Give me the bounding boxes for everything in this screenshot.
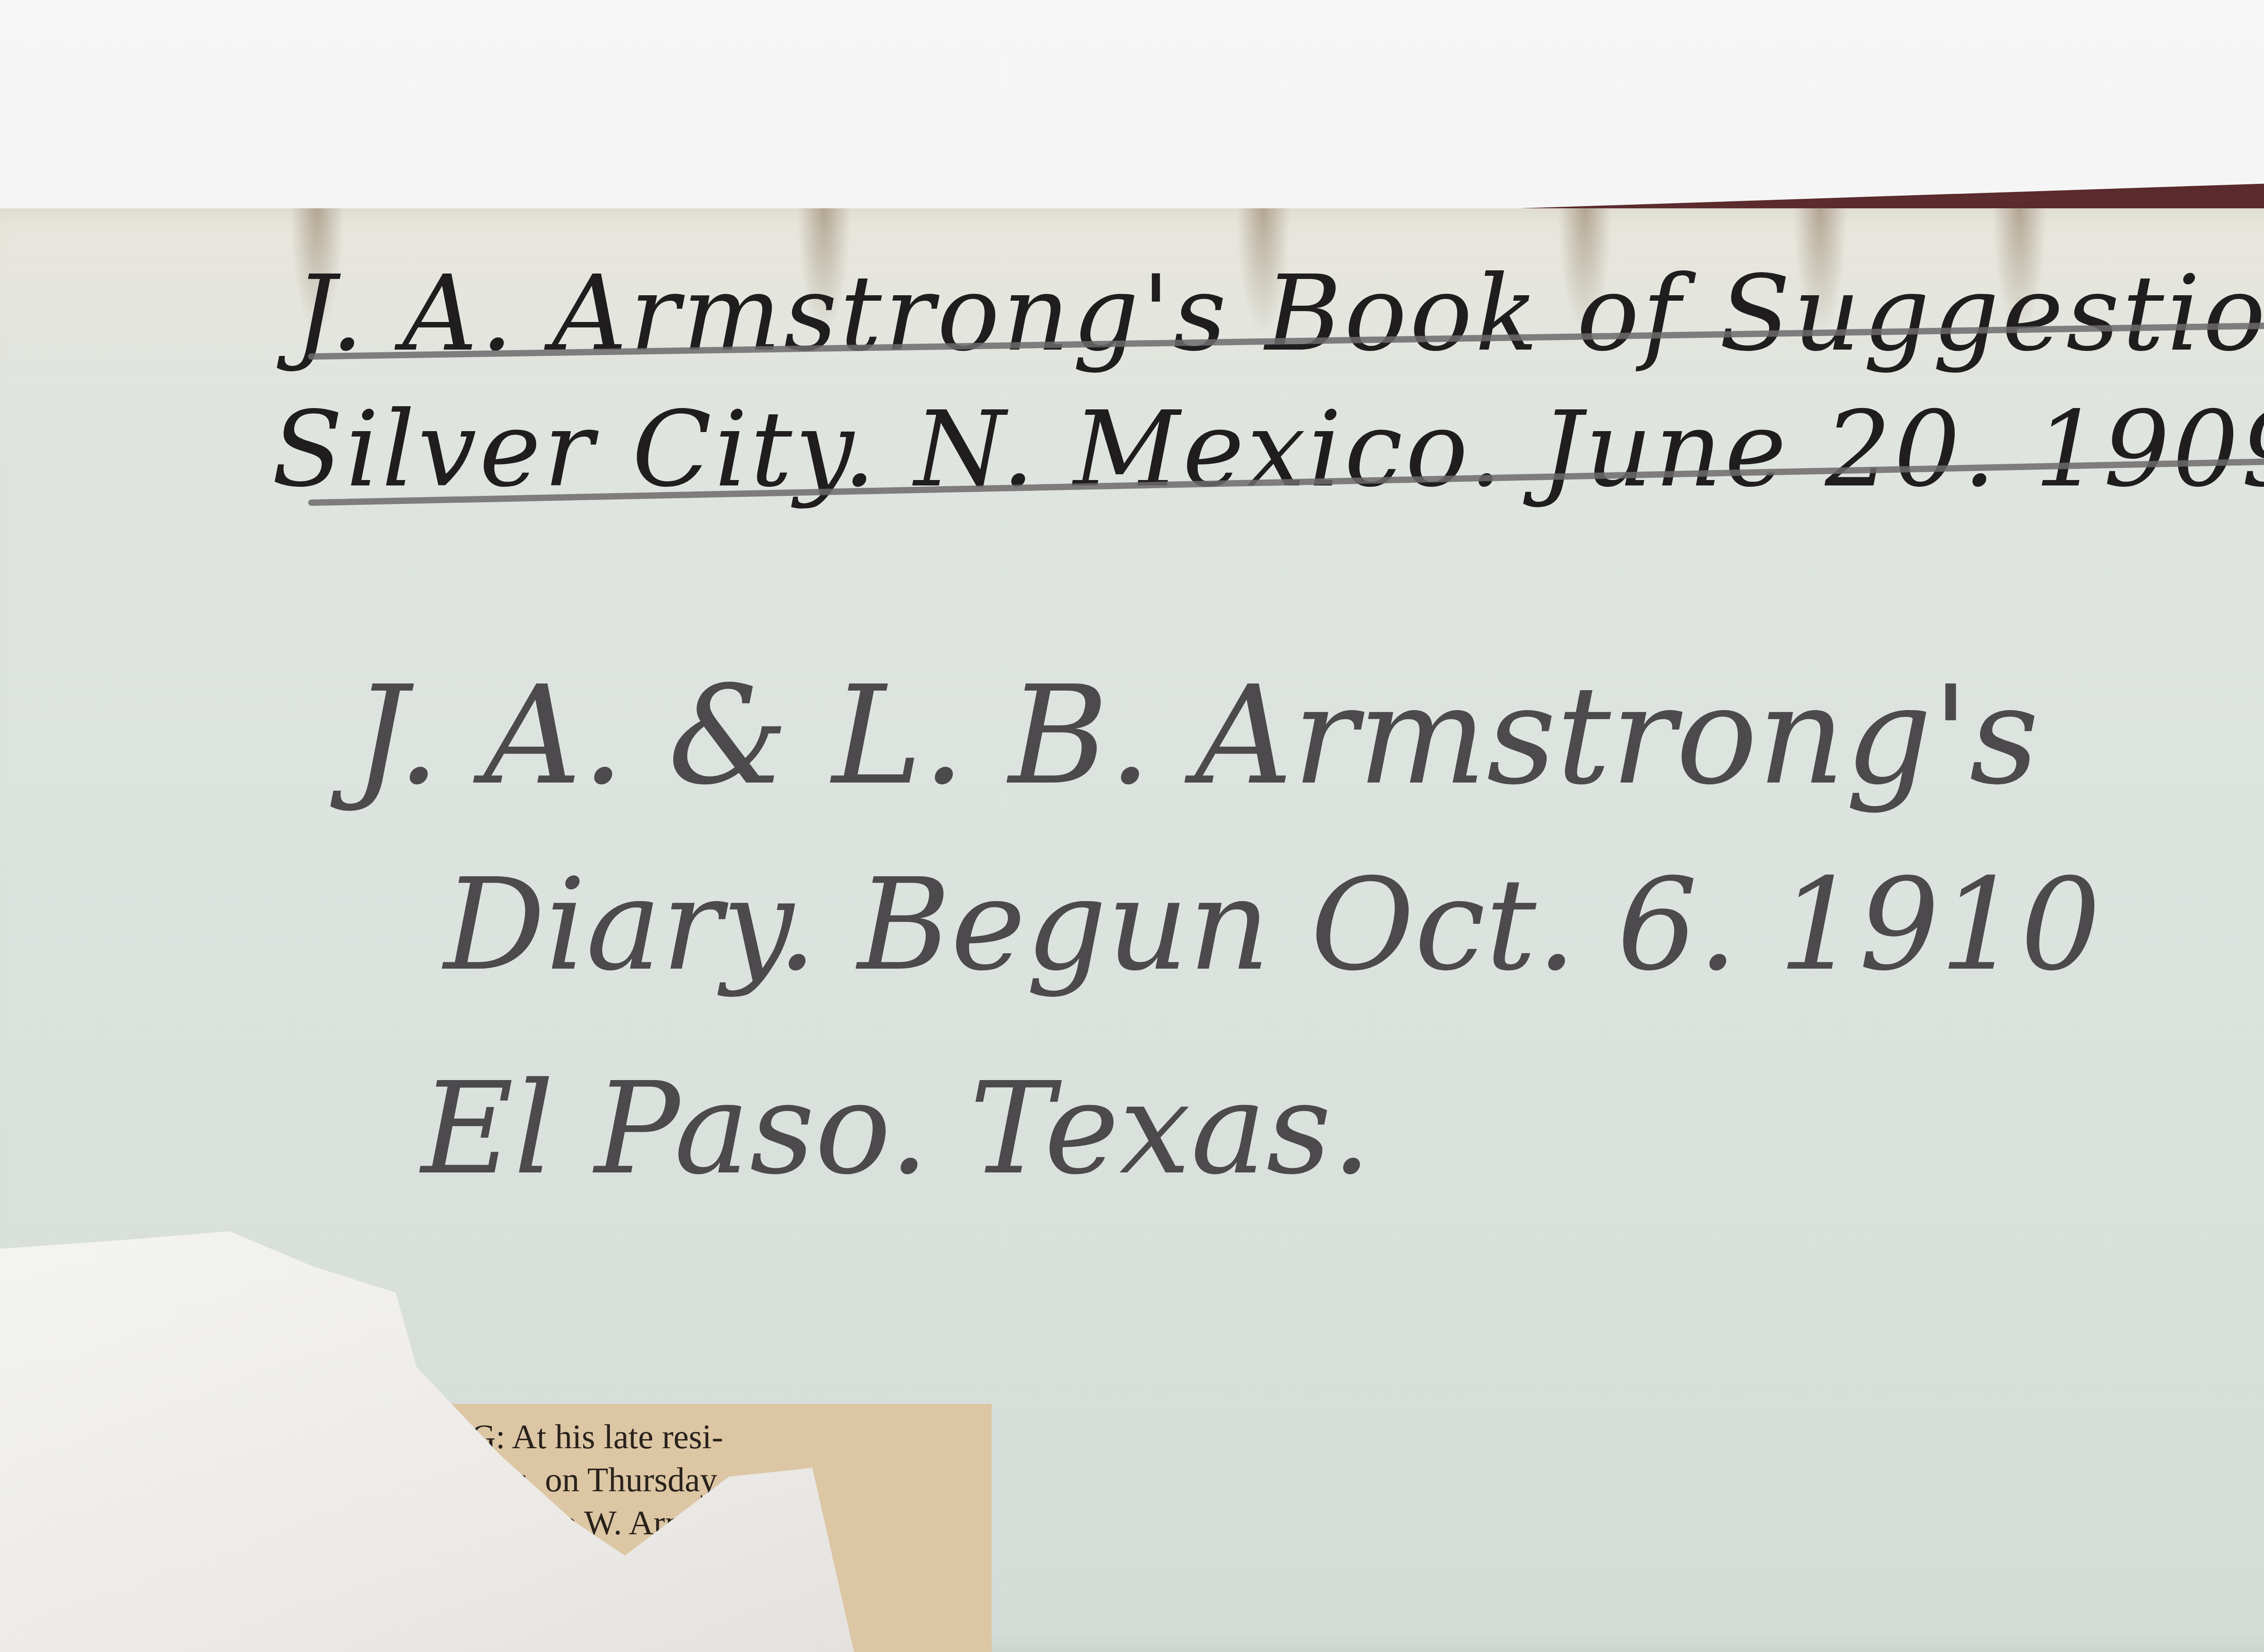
diary-title-line: J. A. & L. B. Armstrong's bbox=[353, 657, 2039, 815]
diary-date-line: Diary. Begun Oct. 6. 1910 bbox=[444, 851, 2101, 999]
photo-scene: J. A. Armstrong's Book of Suggestions Si… bbox=[0, 0, 2264, 1652]
struck-inscription-line-1: J. A. Armstrong's Book of Suggestions bbox=[294, 254, 2264, 375]
diary-location-line: El Paso. Texas. bbox=[421, 1055, 1372, 1203]
struck-inscription-line-2: Silver City. N. Mexico. June 20. 1909 bbox=[272, 389, 2264, 510]
